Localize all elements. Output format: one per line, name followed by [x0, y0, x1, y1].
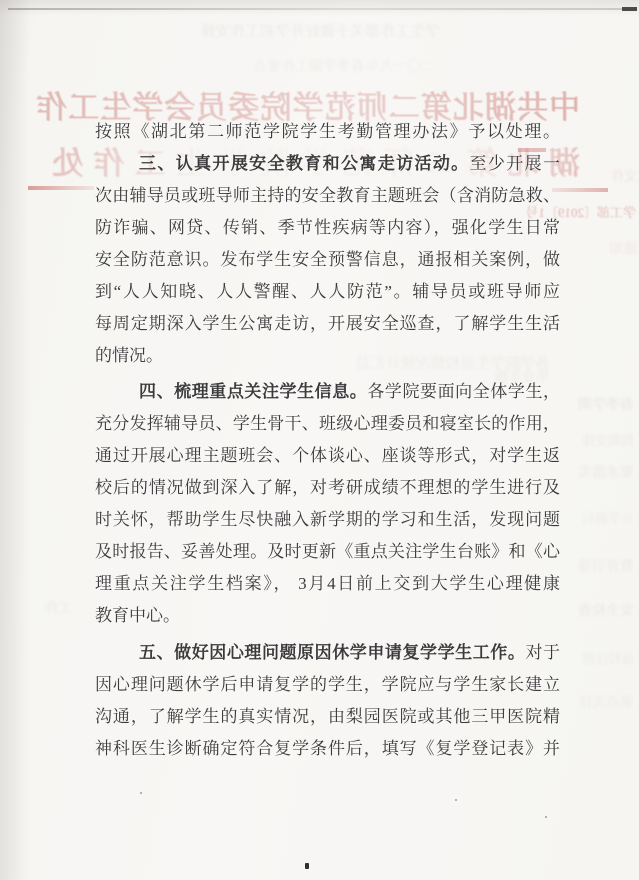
bleedthrough-doc-number: 学工部〔2019〕1号 [552, 204, 636, 222]
text-segment: 充分发挥辅导员、学生骨干、班级心理委员和寝室长的作用， [95, 414, 560, 433]
document-line: 按照《湖北第二师范学院学生考勤管理办法》予以处理。 [95, 116, 560, 148]
scan-artifact-corner [622, 7, 637, 11]
document-line: 神科医生诊断确定符合复学条件后，填写《复学登记表》并 [95, 733, 560, 765]
bleedthrough-smudge: 文件 [598, 166, 638, 186]
document-line: 次由辅导员或班导师主持的安全教育主题班会（含消防急救、 [95, 180, 560, 212]
document-line: 到“人人知晓、人人警醒、人人防范”。辅导员或班导师应 [95, 276, 560, 308]
heading-segment: 三、认真开展安全教育和公寓走访活动。 [139, 154, 470, 173]
scan-speck [545, 816, 547, 818]
document-line: 通过开展心理主题班会、个体谈心、座谈等形式，对学生返 [95, 440, 560, 472]
text-segment: 至少开展一 [470, 154, 560, 173]
document-line: 安全防范意识。发布学生安全预警信息，通报相关案例，做 [95, 244, 560, 276]
document-line-heading-5: 五、做好因心理问题原因休学申请复学学生工作。对于 [95, 637, 560, 669]
text-segment: 理重点关注学生档案》， 3月4日前上交到大学生心理健康 [95, 574, 560, 593]
document-line: 的情况。 [95, 340, 560, 372]
bleedthrough-smudge: 假期安排 [552, 430, 634, 449]
document-line: 校后的情况做到深入了解，对考研成绩不理想的学生进行及 [95, 472, 560, 504]
document-line-heading-4: 四、梳理重点关注学生信息。各学院要面向全体学生， [95, 376, 560, 408]
document-line: 沟通，了解学生的真实情况，由梨园医院或其他三甲医院精 [95, 701, 560, 733]
document-line-heading-3: 三、认真开展安全教育和公寓走访活动。至少开展一 [95, 148, 560, 180]
text-segment: 因心理问题休学后申请复学的学生，学院应与学生家长建立 [95, 675, 560, 694]
text-segment: 到“人人知晓、人人警醒、人人防范”。辅导员或班导师应 [95, 282, 560, 301]
document-line: 每周定期深入学生公寓走访，开展安全巡查，了解学生生活 [95, 308, 560, 340]
text-segment: 防诈骗、网贷、传销、季节性疾病等内容），强化学生日常 [95, 218, 560, 237]
text-segment: 次由辅导员或班导师主持的安全教育主题班会（含消防急救、 [95, 186, 560, 205]
document-line: 因心理问题休学后申请复学的学生，学院应与学生家长建立 [95, 669, 560, 701]
bleedthrough-smudge: 通知 [594, 238, 638, 258]
text-segment: 神科医生诊断确定符合复学条件后，填写《复学登记表》并 [95, 739, 560, 758]
text-segment: 的情况。 [95, 346, 163, 365]
heading-segment: 五、做好因心理问题原因休学申请复学学生工作。 [139, 643, 525, 662]
document-body: 按照《湖北第二师范学院学生考勤管理办法》予以处理。 三、认真开展安全教育和公寓走… [95, 116, 560, 765]
bleedthrough-smudge: 春季学期 [552, 394, 634, 414]
bleedthrough-smudge: 学生工作部关于做好开学初工作安排 [140, 20, 440, 41]
document-line: 理重点关注学生档案》， 3月4日前上交到大学生心理健康 [95, 568, 560, 600]
text-segment: 校后的情况做到深入了解，对考研成绩不理想的学生进行及 [95, 478, 560, 497]
text-segment: 各学院要面向全体学生， [367, 382, 560, 401]
text-segment: 每周定期深入学生公寓走访，开展安全巡查，了解学生生活 [95, 314, 560, 333]
text-segment: 沟通，了解学生的真实情况，由梨园医院或其他三甲医院精 [95, 707, 560, 726]
text-segment: 教育中心。 [95, 606, 180, 625]
text-segment: 安全防范意识。发布学生安全预警信息，通报相关案例，做 [95, 250, 560, 269]
bleedthrough-red-rule-left [28, 186, 94, 190]
text-segment: 时关怀，帮助学生尽快融入新学期的学习和生活，发现问题 [95, 510, 560, 529]
bleedthrough-smudge: 二〇一九年春季学期工作要点 [225, 56, 435, 76]
scanned-page: 中共湖北第二师范学院委员会学生工作部 湖北第二师范学院学生工作处 学工部〔201… [0, 0, 639, 880]
document-line: 时关怀，帮助学生尽快融入新学期的学习和生活，发现问题 [95, 504, 560, 536]
bleedthrough-red-rule-right [552, 188, 608, 192]
document-line: 及时报告、妥善处理。及时更新《重点关注学生台账》和《心 [95, 536, 560, 568]
document-line: 充分发挥辅导员、学生骨干、班级心理委员和寝室长的作用， [95, 408, 560, 440]
document-line: 防诈骗、网贷、传销、季节性疾病等内容），强化学生日常 [95, 212, 560, 244]
page-left-shadow [0, 0, 30, 880]
text-segment: 按照《湖北第二师范学院学生考勤管理办法》予以处理。 [95, 122, 560, 141]
scan-artifact-line [8, 8, 624, 10]
heading-segment: 四、梳理重点关注学生信息。 [139, 382, 367, 401]
bleedthrough-smudge: 开学前后 [552, 508, 634, 527]
document-line: 教育中心。 [95, 600, 560, 632]
scan-speck-dot [305, 863, 309, 869]
bleedthrough-smudge: 工作 [28, 598, 72, 618]
text-segment: 对于 [525, 643, 560, 662]
scan-speck [455, 799, 457, 801]
scan-speck [140, 792, 142, 794]
text-segment: 通过开展心理主题班会、个体谈心、座谈等形式，对学生返 [95, 446, 560, 465]
text-segment: 及时报告、妥善处理。及时更新《重点关注学生台账》和《心 [95, 542, 560, 561]
